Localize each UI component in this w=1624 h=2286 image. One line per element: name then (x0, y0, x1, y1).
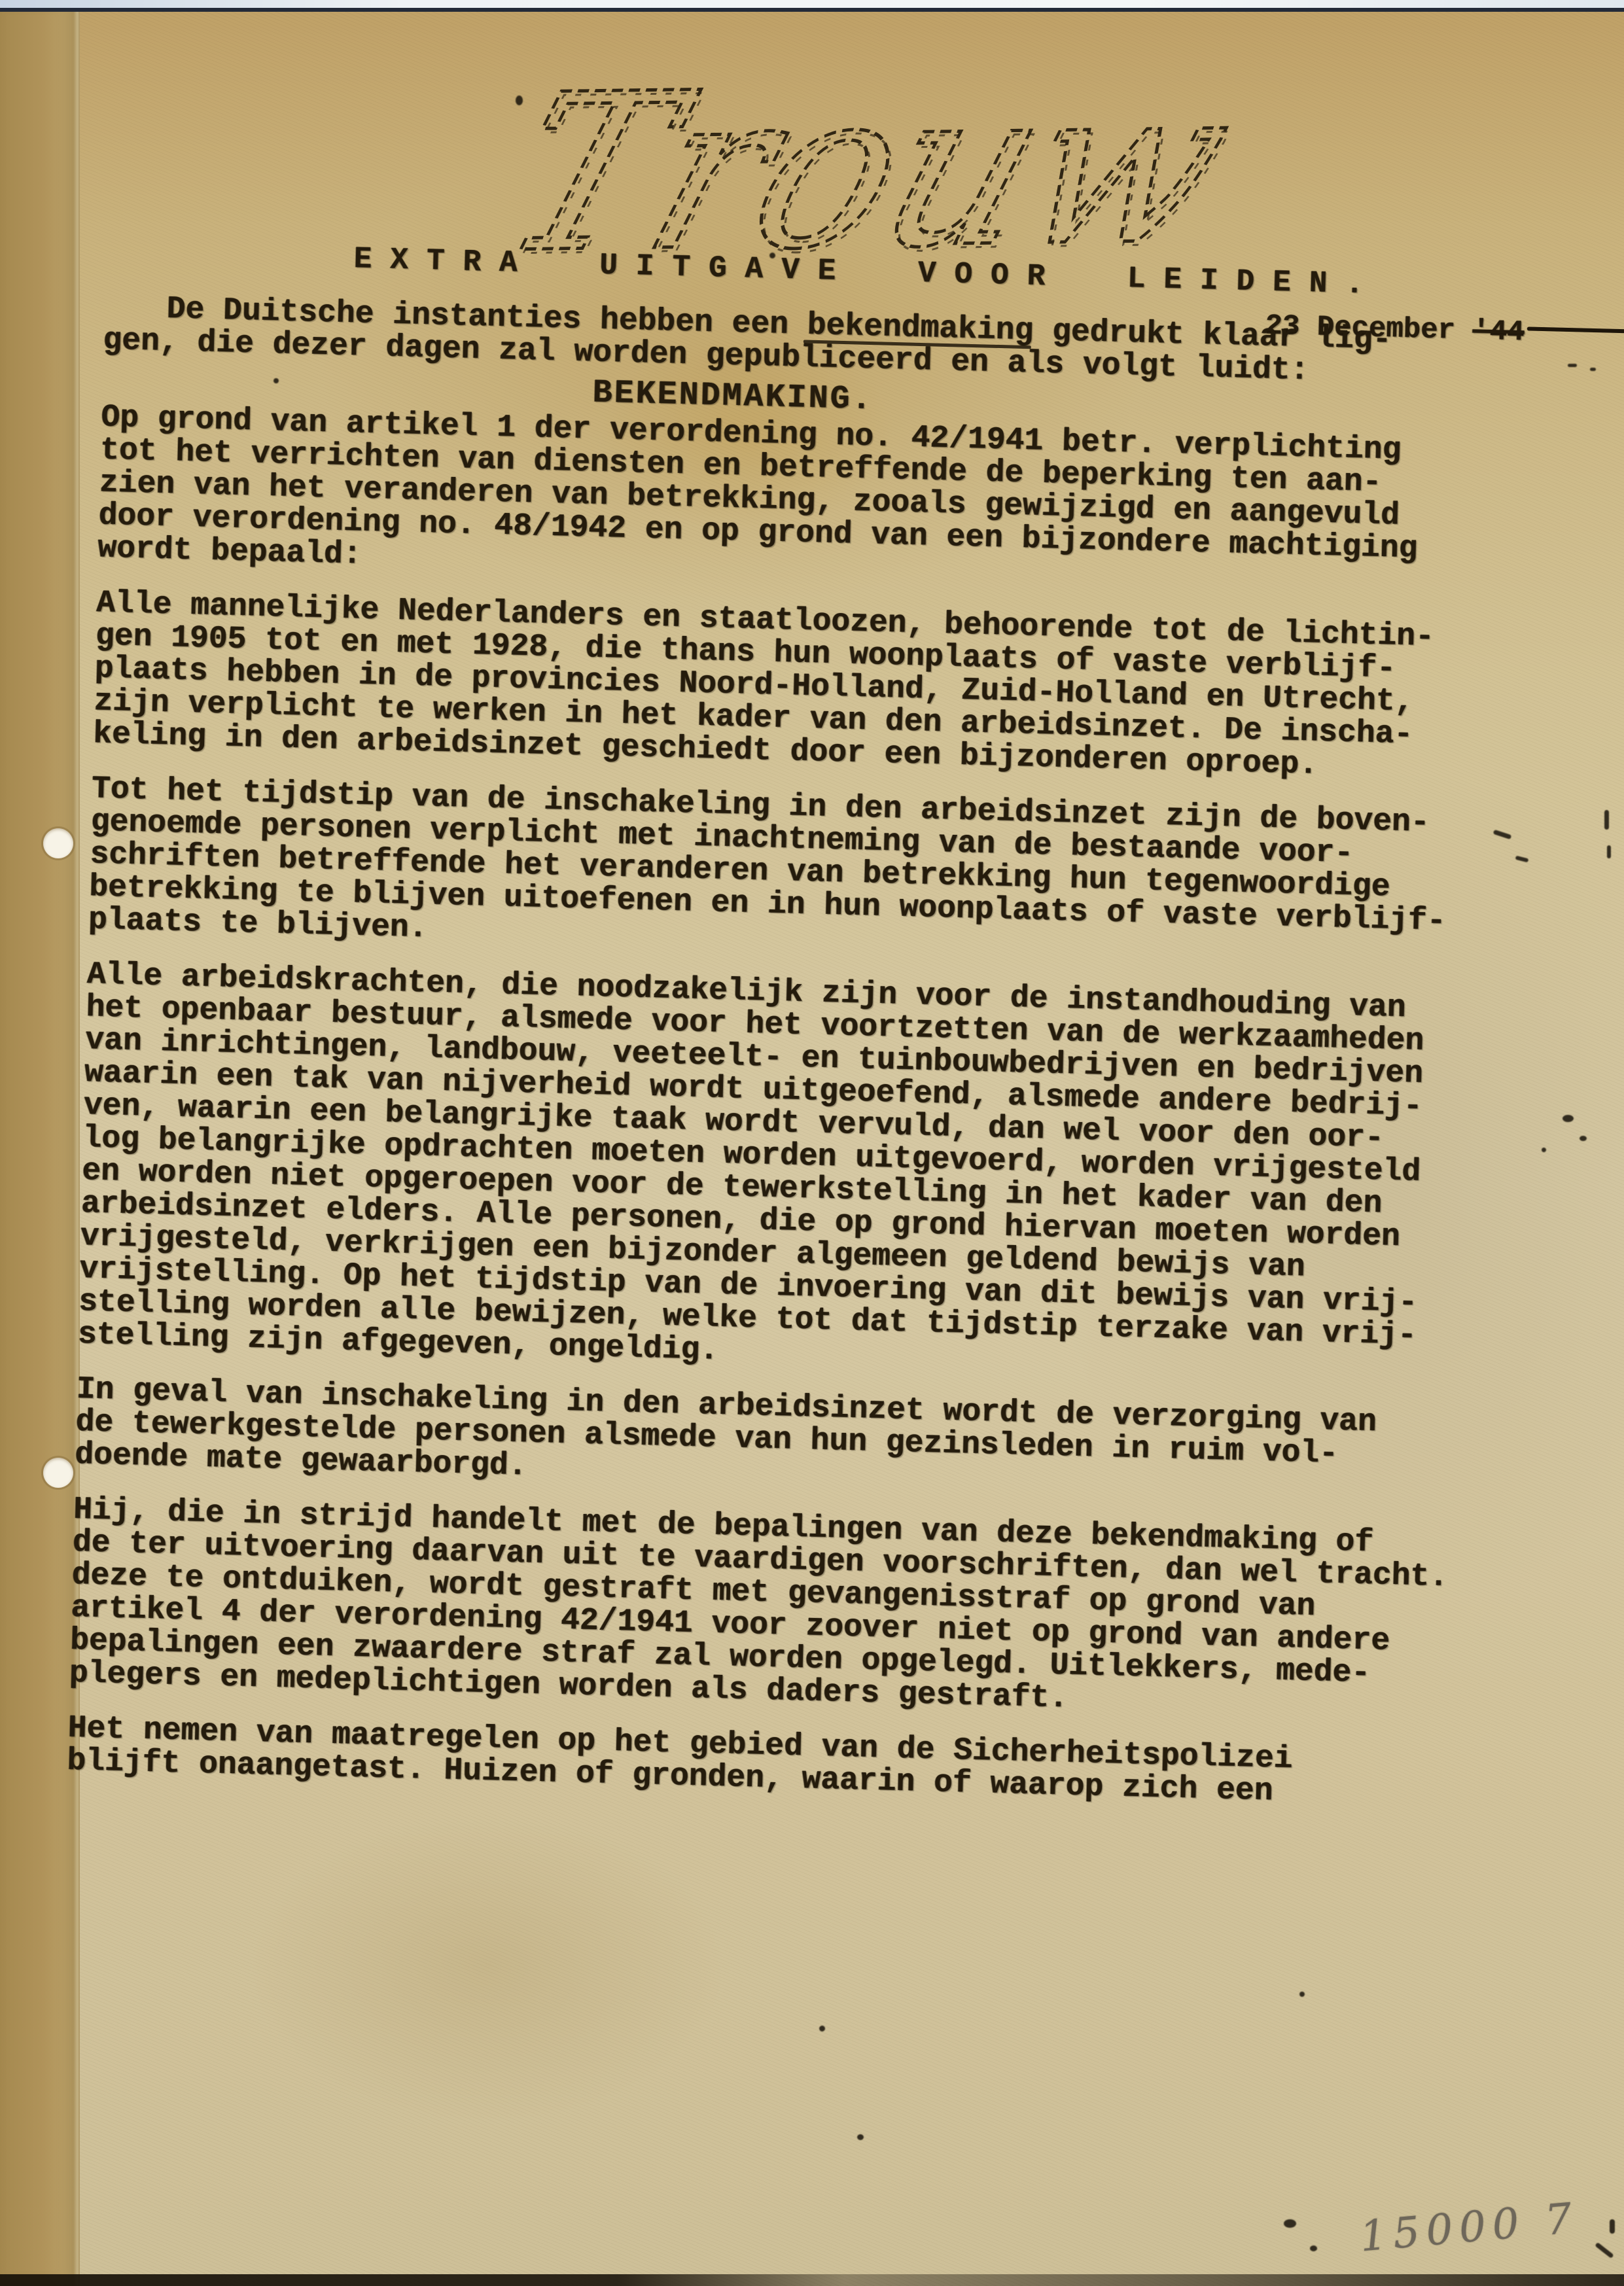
ink-speck (1284, 2219, 1296, 2228)
scanned-document-page: Trouw Trouw EXTRA UITGAVE VOOR LEIDEN. 2… (0, 0, 1624, 2286)
pencil-copy-number: 15000 7 (1358, 2194, 1580, 2262)
ink-speck (1590, 368, 1596, 371)
ink-speck (1610, 2219, 1615, 2234)
ink-speck (1310, 2245, 1317, 2251)
ink-speck (857, 2134, 864, 2140)
ink-speck (1607, 845, 1611, 858)
ink-speck (1604, 810, 1609, 830)
ink-speck (819, 2026, 825, 2031)
scan-edge-top-dark (0, 8, 1624, 12)
ink-speck (107, 343, 111, 347)
paragraph-penalties: Hij, die in strijd handelt met de bepali… (69, 1494, 1519, 1727)
punch-hole-top (43, 828, 73, 858)
paragraph-legal-basis: Op grond van artikel 1 der verordening n… (97, 401, 1547, 601)
paragraph-provisioning: In geval van inschakeling in den arbeids… (75, 1373, 1523, 1508)
paragraph-sicherheitspolizei: Het nemen van maatregelen op het gebied … (67, 1712, 1514, 1814)
paragraph-stay-in-place: Tot het tijdstip van de inschakeling in … (88, 773, 1538, 973)
ink-speck (1542, 1148, 1546, 1152)
ink-speck (274, 378, 279, 383)
ink-speck (1568, 364, 1577, 367)
ink-speck (1595, 2242, 1614, 2259)
ink-speck (516, 96, 523, 105)
binding-edge-strip (0, 0, 80, 2286)
punch-hole-bottom (43, 1458, 73, 1488)
ink-speck (769, 253, 775, 258)
scan-edge-top-white (0, 0, 1624, 8)
ink-speck (1299, 1992, 1305, 1997)
ink-speck (1562, 1115, 1574, 1122)
paragraph-labour-obligation: Alle mannelijke Nederlanders en staatloo… (93, 587, 1543, 787)
scan-edge-bottom (0, 2274, 1624, 2286)
ink-speck (1580, 1136, 1587, 1141)
paragraph-exemptions: Alle arbeidskrachten, die noodzakelijk z… (77, 958, 1532, 1388)
